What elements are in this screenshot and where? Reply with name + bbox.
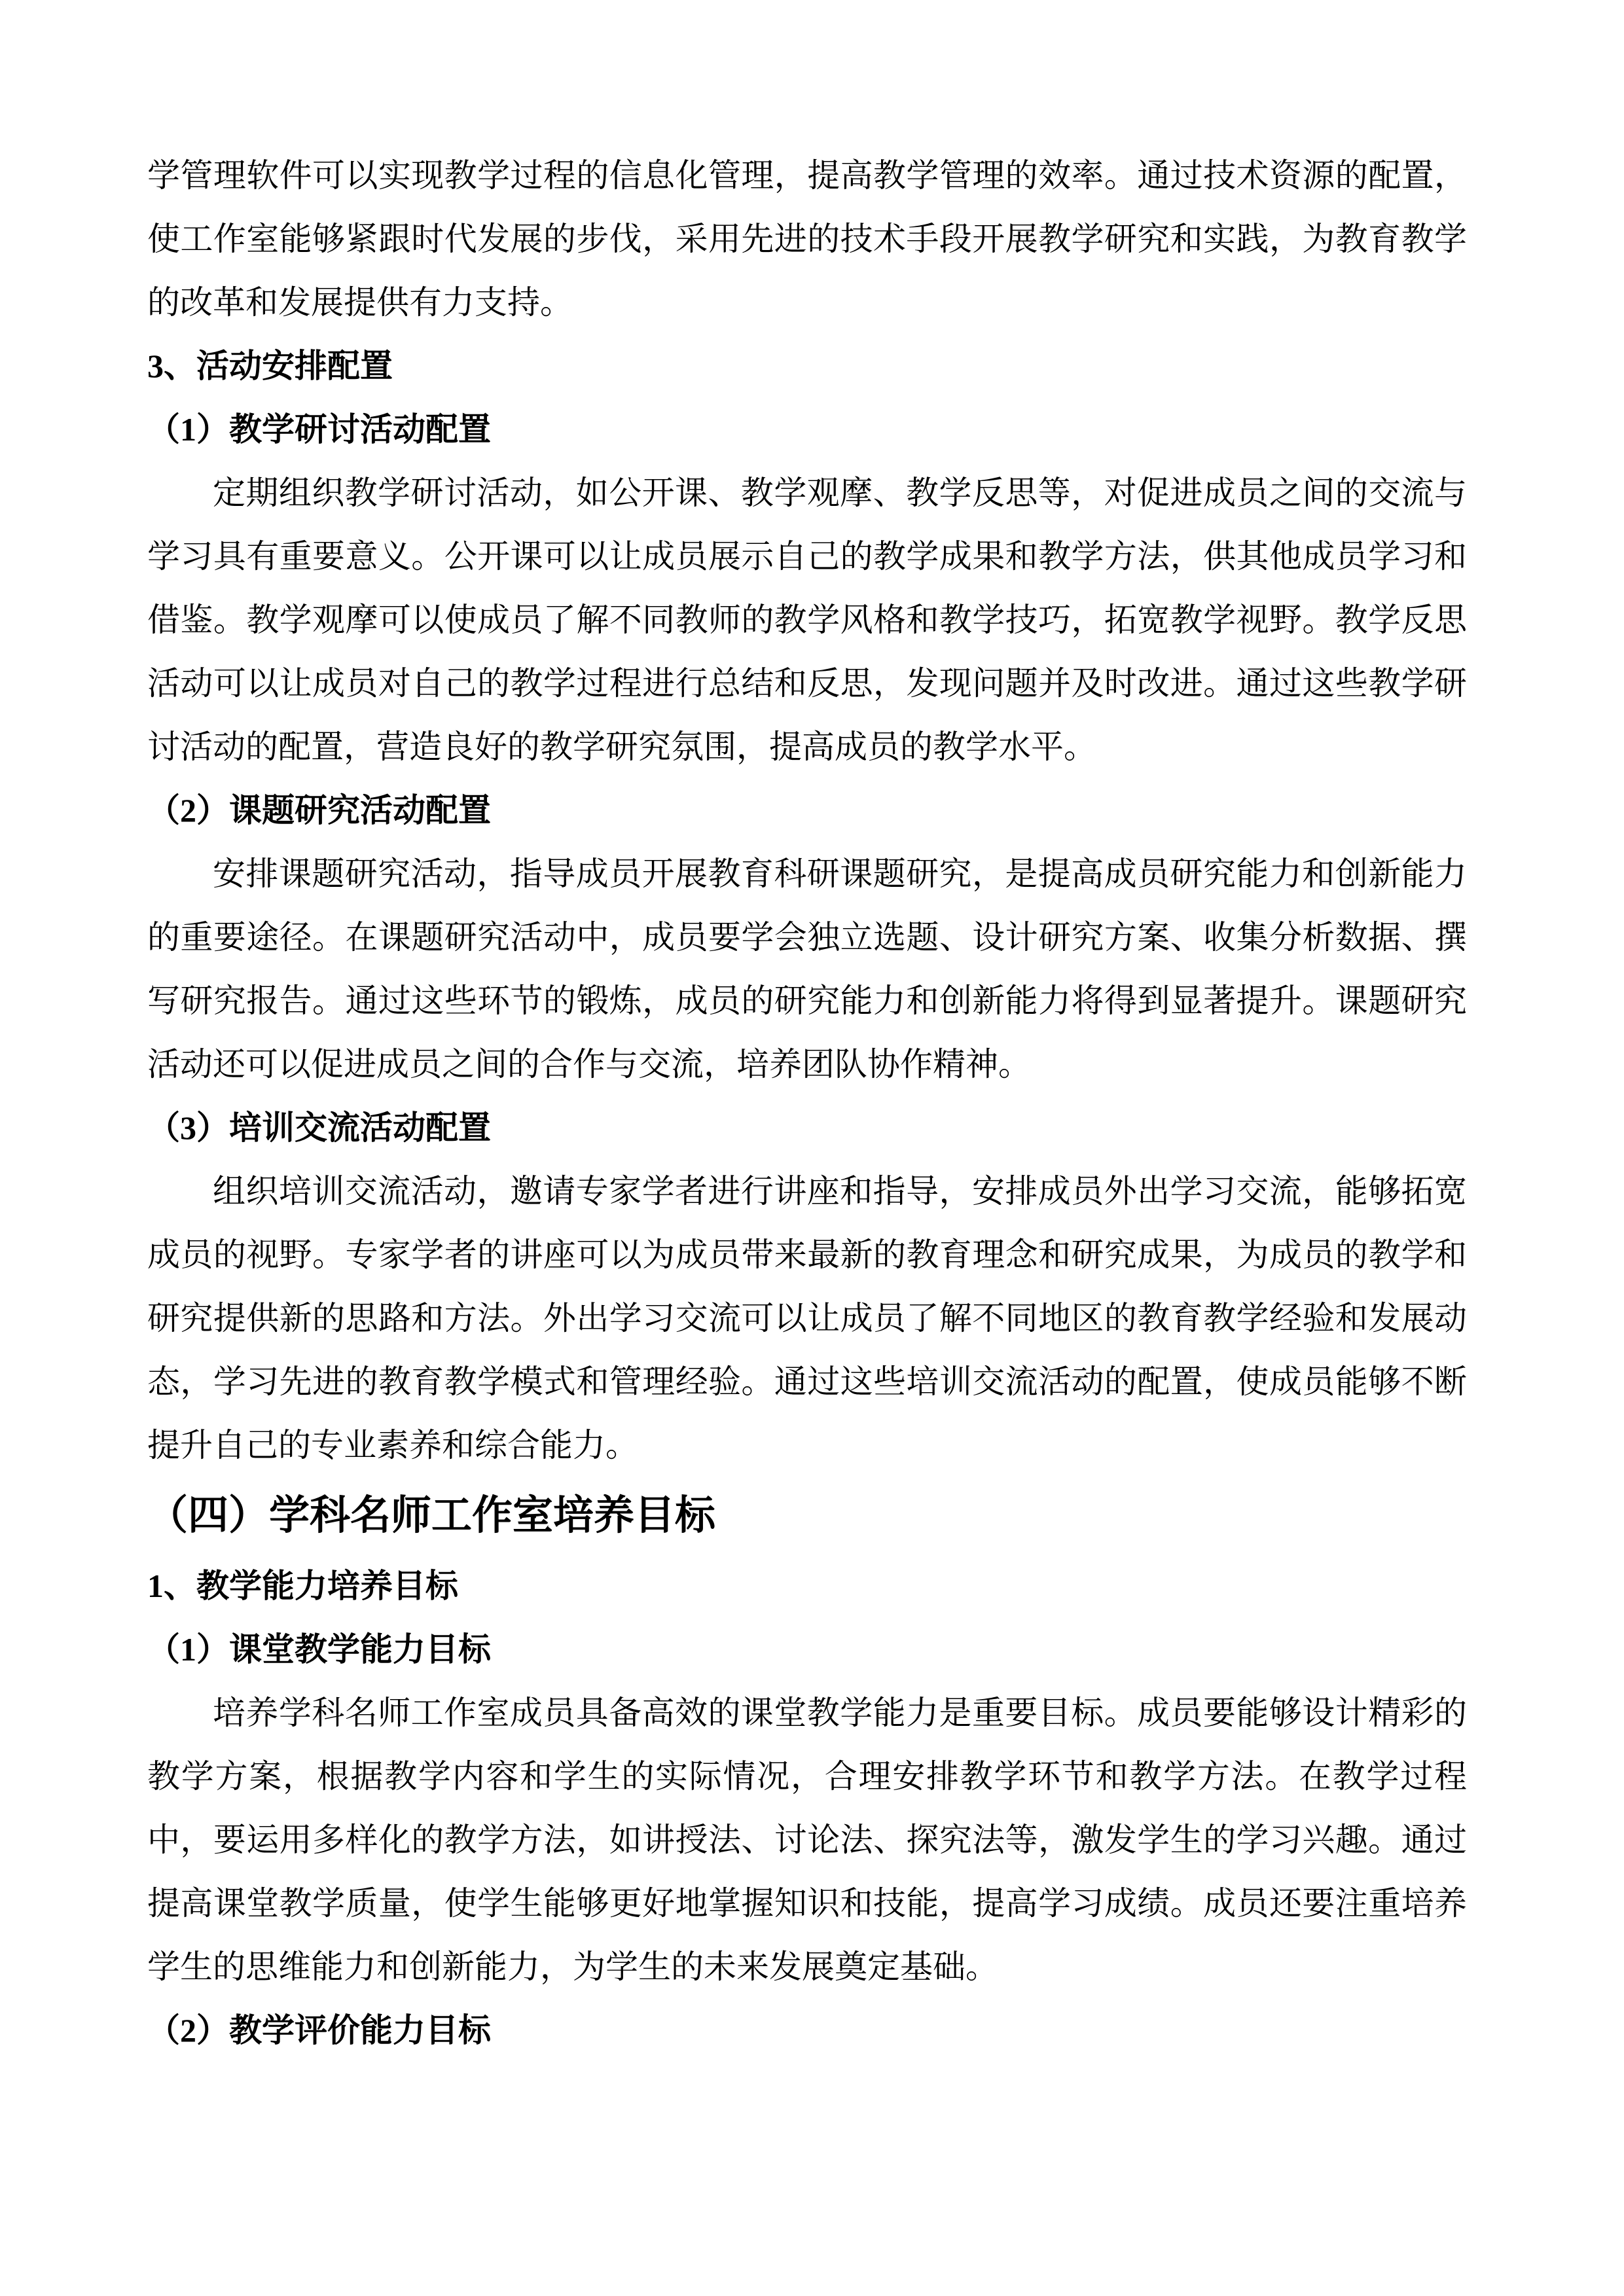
body-paragraph-continuation: 学管理软件可以实现教学过程的信息化管理，提高教学管理的效率。通过技术资源的配置，… — [147, 144, 1467, 334]
body-paragraph-classroom-teaching: 培养学科名师工作室成员具备高效的课堂教学能力是重要目标。成员要能够设计精彩的教学… — [147, 1681, 1467, 1999]
body-paragraph-training-exchange: 组织培训交流活动，邀请专家学者进行讲座和指导，安排成员外出学习交流，能够拓宽成员… — [147, 1160, 1467, 1477]
heading-training-exchange-config: （3）培训交流活动配置 — [147, 1096, 1467, 1160]
heading-teaching-evaluation-goal: （2）教学评价能力目标 — [147, 1999, 1467, 2062]
heading-classroom-teaching-goal: （1）课堂教学能力目标 — [147, 1618, 1467, 1681]
heading-teaching-seminar-config: （1）教学研讨活动配置 — [147, 398, 1467, 461]
heading-research-activity-config: （2）课题研究活动配置 — [147, 779, 1467, 842]
section-heading-cultivation-goals: （四）学科名师工作室培养目标 — [147, 1477, 1467, 1554]
body-paragraph-research-activity: 安排课题研究活动，指导成员开展教育科研课题研究，是提高成员研究能力和创新能力的重… — [147, 842, 1467, 1096]
body-paragraph-teaching-seminar: 定期组织教学研讨活动，如公开课、教学观摩、教学反思等，对促进成员之间的交流与学习… — [147, 461, 1467, 779]
document-page: 学管理软件可以实现教学过程的信息化管理，提高教学管理的效率。通过技术资源的配置，… — [0, 0, 1624, 2296]
heading-activity-arrangement: 3、活动安排配置 — [147, 334, 1467, 398]
heading-teaching-ability-goals: 1、教学能力培养目标 — [147, 1554, 1467, 1618]
